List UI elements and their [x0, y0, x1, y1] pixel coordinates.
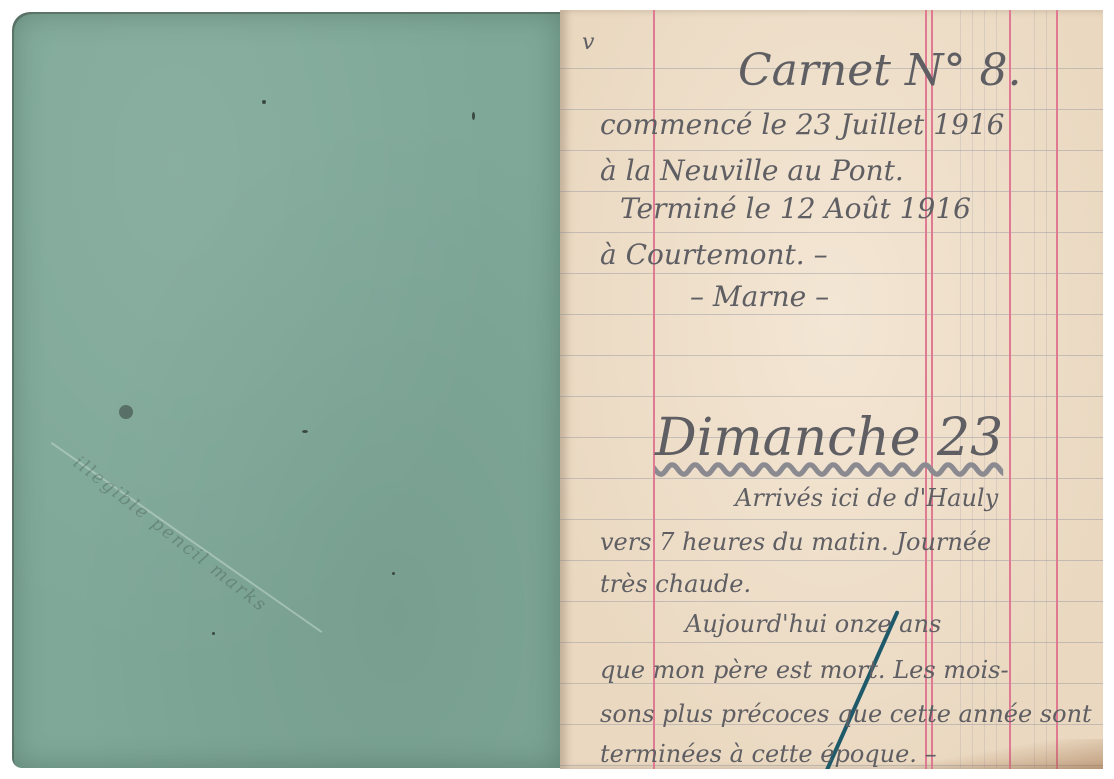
ruled-line [560, 232, 1103, 233]
margin-line [1056, 10, 1058, 769]
cover-speck [212, 632, 215, 635]
cover-speck [302, 430, 308, 433]
ruled-line [560, 642, 1103, 643]
ruled-line [560, 355, 1103, 356]
entry-line: très chaude. [600, 570, 751, 598]
cover-speck [472, 112, 475, 120]
ruled-line [560, 314, 1103, 315]
header-line: à la Neuville au Pont. [600, 154, 904, 187]
ruled-line [560, 478, 1103, 479]
ruled-line [560, 560, 1103, 561]
header-line: commencé le 23 Juillet 1916 [600, 108, 1004, 141]
header-line: – Marne – [690, 280, 829, 313]
ruled-line [560, 396, 1103, 397]
header-line: à Courtemont. – [600, 238, 828, 271]
ruled-line [560, 519, 1103, 520]
entry-heading: Dimanche 23 [655, 408, 1003, 468]
entry-line: que mon père est mort. Les mois- [600, 656, 1009, 684]
cover-speck [392, 572, 395, 575]
ruled-line [560, 150, 1103, 151]
entry-line: terminées à cette époque. – [600, 740, 937, 768]
notebook-page: v Carnet N° 8. commencé le 23 Juillet 19… [560, 10, 1103, 769]
notebook-title: Carnet N° 8. [738, 45, 1021, 96]
ruled-line [560, 601, 1103, 602]
cover-faint-writing: illegible pencil marks [69, 452, 287, 629]
header-line: Terminé le 12 Août 1916 [620, 192, 971, 225]
ruled-line [560, 273, 1103, 274]
open-notebook: illegible pencil marks [12, 10, 1103, 769]
entry-line: Aujourd'hui onze ans [685, 610, 941, 638]
notebook-cover: illegible pencil marks [12, 12, 560, 768]
corner-mark: v [582, 30, 594, 55]
entry-line: vers 7 heures du matin. Journée [600, 528, 991, 556]
cover-speck [119, 405, 133, 419]
entry-line: sons plus précoces que cette année sont [600, 700, 1092, 728]
column-line [1046, 10, 1047, 769]
column-line [1034, 10, 1035, 769]
cover-speck [262, 100, 266, 104]
margin-line [1009, 10, 1011, 769]
entry-line: Arrivés ici de d'Hauly [735, 484, 998, 512]
